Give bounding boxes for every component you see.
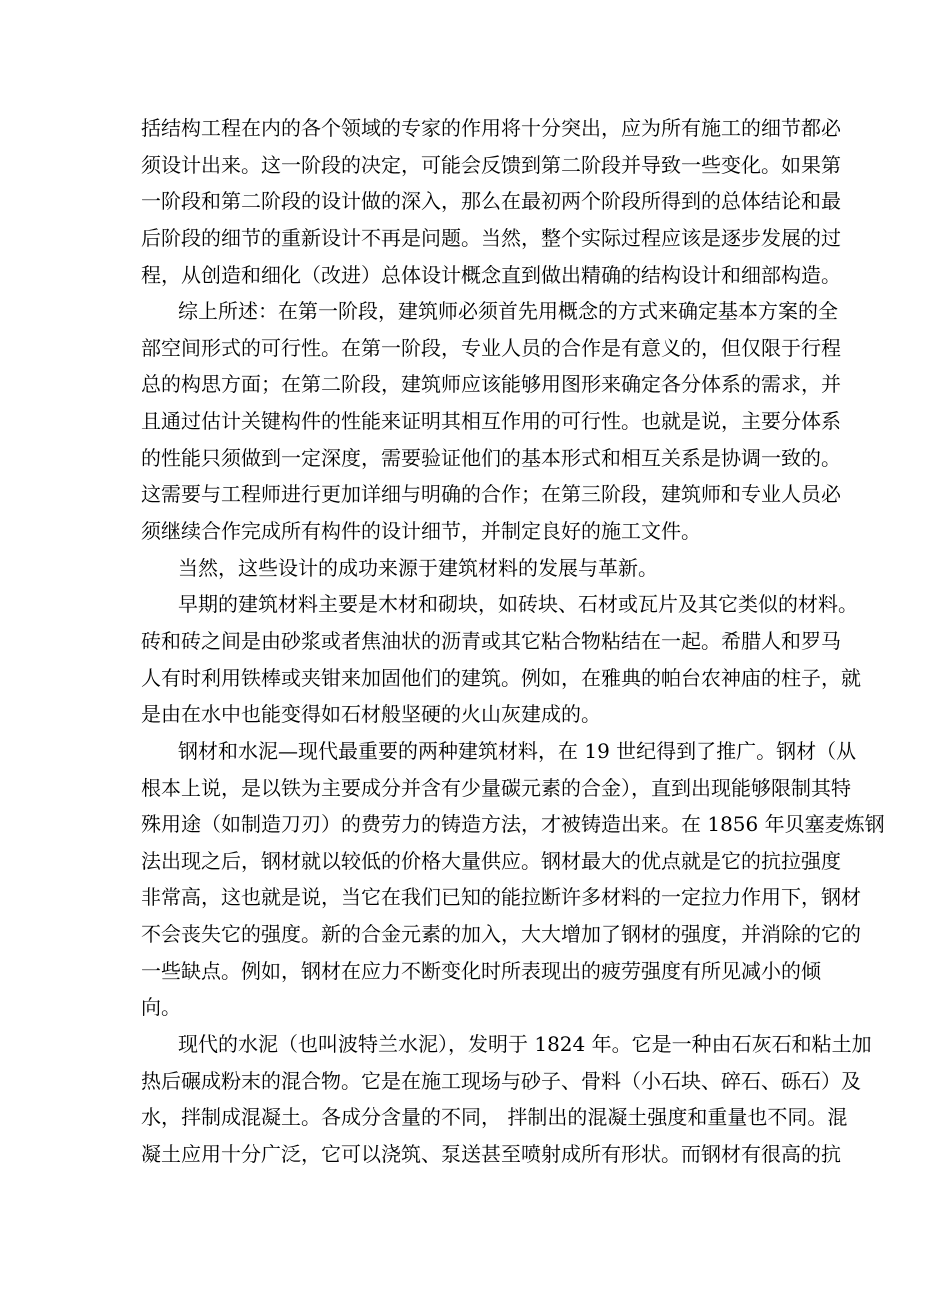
paragraph-early-materials: 早期的建筑材料主要是木材和砌块，如砖块、石材或瓦片及其它类似的材料。 砖和砖之间… — [141, 586, 789, 733]
text-line: 根本上说，是以铁为主要成分并含有少量碳元素的合金），直到出现能够限制其特 — [141, 770, 789, 807]
document-body: 括结构工程在内的各个领域的专家的作用将十分突出，应为所有施工的细节都必 须设计出… — [141, 110, 789, 1173]
text-line: 综上所述：在第一阶段，建筑师必须首先用概念的方式来确定基本方案的全 — [141, 293, 789, 330]
text-line: 是由在水中也能变得如石材般坚硬的火山灰建成的。 — [141, 696, 789, 733]
paragraph-materials-intro: 当然，这些设计的成功来源于建筑材料的发展与革新。 — [141, 550, 789, 587]
text-line: 不会丧失它的强度。新的合金元素的加入，大大增加了钢材的强度，并消除的它的 — [141, 916, 789, 953]
text-line: 热后碾成粉末的混合物。它是在施工现场与砂子、骨料（小石块、碎石、砾石）及 — [141, 1063, 789, 1100]
text-line: 须继续合作完成所有构件的设计细节，并制定良好的施工文件。 — [141, 513, 789, 550]
text-line: 总的构思方面；在第二阶段，建筑师应该能够用图形来确定各分体系的需求，并 — [141, 366, 789, 403]
text-line: 程，从创造和细化（改进）总体设计概念直到做出精确的结构设计和细部构造。 — [141, 257, 789, 294]
text-line: 一些缺点。例如，钢材在应力不断变化时所表现出的疲劳强度有所见减小的倾 — [141, 953, 789, 990]
text-line: 早期的建筑材料主要是木材和砌块，如砖块、石材或瓦片及其它类似的材料。 — [141, 586, 789, 623]
text-line: 须设计出来。这一阶段的决定，可能会反馈到第二阶段并导致一些变化。如果第 — [141, 147, 789, 184]
text-line: 的性能只须做到一定深度，需要验证他们的基本形式和相互关系是协调一致的。 — [141, 440, 789, 477]
text-line: 括结构工程在内的各个领域的专家的作用将十分突出，应为所有施工的细节都必 — [141, 110, 789, 147]
text-line: 砖和砖之间是由砂浆或者焦油状的沥青或其它粘合物粘结在一起。希腊人和罗马 — [141, 623, 789, 660]
text-line: 向。 — [141, 989, 789, 1026]
text-line: 水，拌制成混凝土。各成分含量的不同， 拌制出的混凝土强度和重量也不同。混 — [141, 1099, 789, 1136]
text-line: 殊用途（如制造刀刃）的费劳力的铸造方法，才被铸造出来。在 1856 年贝塞麦炼钢 — [141, 806, 789, 843]
paragraph-summary: 综上所述：在第一阶段，建筑师必须首先用概念的方式来确定基本方案的全 部空间形式的… — [141, 293, 789, 549]
text-line: 人有时利用铁棒或夹钳来加固他们的建筑。例如，在雅典的帕台农神庙的柱子，就 — [141, 660, 789, 697]
text-line: 这需要与工程师进行更加详细与明确的合作；在第三阶段，建筑师和专业人员必 — [141, 476, 789, 513]
text-line: 法出现之后，钢材就以较低的价格大量供应。钢材最大的优点就是它的抗拉强度 — [141, 843, 789, 880]
paragraph-cement: 现代的水泥（也叫波特兰水泥），发明于 1824 年。它是一种由石灰石和粘土加 热… — [141, 1026, 789, 1173]
text-line: 部空间形式的可行性。在第一阶段，专业人员的合作是有意义的，但仅限于行程 — [141, 330, 789, 367]
text-line: 现代的水泥（也叫波特兰水泥），发明于 1824 年。它是一种由石灰石和粘土加 — [141, 1026, 789, 1063]
text-line: 一阶段和第二阶段的设计做的深入，那么在最初两个阶段所得到的总体结论和最 — [141, 183, 789, 220]
paragraph-steel: 钢材和水泥—现代最重要的两种建筑材料，在 19 世纪得到了推广。钢材（从 根本上… — [141, 733, 789, 1026]
document-page: 括结构工程在内的各个领域的专家的作用将十分突出，应为所有施工的细节都必 须设计出… — [0, 0, 926, 1309]
text-line: 凝土应用十分广泛，它可以浇筑、泵送甚至喷射成所有形状。而钢材有很高的抗 — [141, 1136, 789, 1173]
text-line: 后阶段的细节的重新设计不再是问题。当然，整个实际过程应该是逐步发展的过 — [141, 220, 789, 257]
text-line: 非常高，这也就是说，当它在我们已知的能拉断许多材料的一定拉力作用下，钢材 — [141, 879, 789, 916]
paragraph-structural-detail-design: 括结构工程在内的各个领域的专家的作用将十分突出，应为所有施工的细节都必 须设计出… — [141, 110, 789, 293]
text-line: 且通过估计关键构件的性能来证明其相互作用的可行性。也就是说，主要分体系 — [141, 403, 789, 440]
text-line: 钢材和水泥—现代最重要的两种建筑材料，在 19 世纪得到了推广。钢材（从 — [141, 733, 789, 770]
text-line: 当然，这些设计的成功来源于建筑材料的发展与革新。 — [141, 550, 789, 587]
